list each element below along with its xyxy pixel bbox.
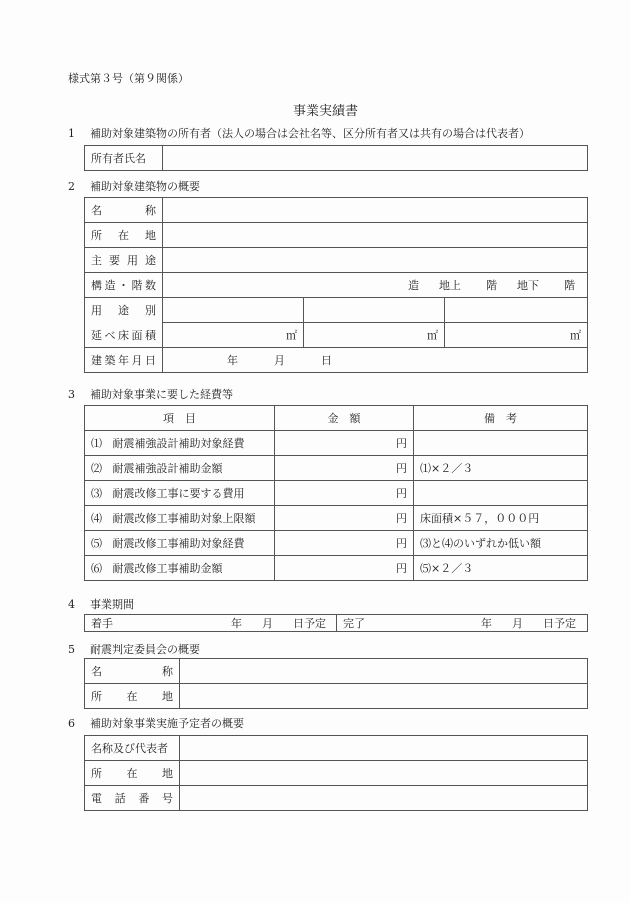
committee-location-field[interactable] bbox=[180, 684, 588, 709]
floor-area-field-2[interactable]: ㎡ bbox=[304, 323, 445, 348]
start-date-field[interactable]: 着手年月日予定 bbox=[85, 615, 337, 632]
remarks-cell: ⑶と⑷のいずれか低い額 bbox=[414, 531, 588, 556]
section6-heading: 6補助対象事業実施予定者の概要 bbox=[68, 715, 244, 731]
remarks-cell: ⑸×２／３ bbox=[414, 556, 588, 581]
form-number: 様式第３号（第９関係） bbox=[68, 70, 189, 86]
name-representative-field[interactable] bbox=[180, 736, 588, 761]
period-table: 着手年月日予定 完了年月日予定 bbox=[84, 614, 588, 632]
use-category-label: 用途別 bbox=[85, 298, 163, 323]
building-location-field[interactable] bbox=[163, 223, 588, 248]
page-title: 事業実績書 bbox=[293, 100, 358, 119]
amount-field[interactable]: 円 bbox=[275, 431, 414, 456]
remarks-cell bbox=[414, 481, 588, 506]
expenses-table: 項 目 金 額 備 考 ⑴ 耐震補強設計補助対象経費 円 ⑵ 耐震補強設計補助金… bbox=[84, 405, 588, 581]
amount-field[interactable]: 円 bbox=[275, 481, 414, 506]
built-date-field[interactable]: 年月日 bbox=[163, 348, 588, 373]
amount-field[interactable]: 円 bbox=[275, 556, 414, 581]
header-item: 項 目 bbox=[85, 406, 275, 431]
expense-row: ⑹ 耐震改修工事補助金額 円 ⑸×２／３ bbox=[85, 556, 588, 581]
name-representative-label: 名称及び代表者 bbox=[85, 736, 180, 761]
header-remarks: 備 考 bbox=[414, 406, 588, 431]
implementer-location-field[interactable] bbox=[180, 761, 588, 786]
use-category-field-1[interactable] bbox=[163, 298, 304, 323]
structure-floors-label: 構造・階数 bbox=[85, 273, 163, 298]
expense-row: ⑶ 耐震改修工事に要する費用 円 bbox=[85, 481, 588, 506]
amount-field[interactable]: 円 bbox=[275, 506, 414, 531]
owner-name-field[interactable] bbox=[163, 146, 588, 171]
remarks-cell: ⑴×２／３ bbox=[414, 456, 588, 481]
floor-area-field-3[interactable]: ㎡ bbox=[445, 323, 588, 348]
amount-field[interactable]: 円 bbox=[275, 531, 414, 556]
expense-row: ⑷ 耐震改修工事補助対象上限額 円 床面積×５７，０００円 bbox=[85, 506, 588, 531]
expense-row: ⑴ 耐震補強設計補助対象経費 円 bbox=[85, 431, 588, 456]
committee-location-label: 所在地 bbox=[85, 684, 180, 709]
phone-number-field[interactable] bbox=[180, 786, 588, 811]
structure-floors-field[interactable]: 造地上階地下階 bbox=[163, 273, 588, 298]
section5-heading: 5耐震判定委員会の概要 bbox=[68, 641, 200, 657]
end-date-field[interactable]: 完了年月日予定 bbox=[337, 615, 588, 632]
remarks-cell bbox=[414, 431, 588, 456]
committee-table: 名称 所在地 bbox=[84, 658, 588, 709]
floor-area-field-1[interactable]: ㎡ bbox=[163, 323, 304, 348]
building-name-label: 名称 bbox=[85, 198, 163, 223]
use-category-field-3[interactable] bbox=[445, 298, 588, 323]
expense-row: ⑸ 耐震改修工事補助対象経費 円 ⑶と⑷のいずれか低い額 bbox=[85, 531, 588, 556]
section4-heading: 4事業期間 bbox=[68, 596, 134, 612]
built-date-label: 建築年月日 bbox=[85, 348, 163, 373]
main-use-label: 主要用途 bbox=[85, 248, 163, 273]
main-use-field[interactable] bbox=[163, 248, 588, 273]
committee-name-field[interactable] bbox=[180, 659, 588, 684]
committee-name-label: 名称 bbox=[85, 659, 180, 684]
building-table: 名称 所在地 主要用途 構造・階数 造地上階地下階 用途別 延べ床面積 ㎡ ㎡ … bbox=[84, 197, 588, 373]
phone-number-label: 電話番号 bbox=[85, 786, 180, 811]
building-name-field[interactable] bbox=[163, 198, 588, 223]
floor-area-label: 延べ床面積 bbox=[85, 323, 163, 348]
use-category-field-2[interactable] bbox=[304, 298, 445, 323]
amount-field[interactable]: 円 bbox=[275, 456, 414, 481]
building-location-label: 所在地 bbox=[85, 223, 163, 248]
owner-name-label: 所有者氏名 bbox=[85, 146, 163, 171]
expense-row: ⑵ 耐震補強設計補助金額 円 ⑴×２／３ bbox=[85, 456, 588, 481]
owner-table: 所有者氏名 bbox=[84, 145, 588, 171]
implementer-table: 名称及び代表者 所在地 電話番号 bbox=[84, 735, 588, 811]
remarks-cell: 床面積×５７，０００円 bbox=[414, 506, 588, 531]
implementer-location-label: 所在地 bbox=[85, 761, 180, 786]
section1-heading: 1補助対象建築物の所有者（法人の場合は会社名等、区分所有者又は共有の場合は代表者… bbox=[68, 125, 530, 141]
header-amount: 金 額 bbox=[275, 406, 414, 431]
section2-heading: 2補助対象建築物の概要 bbox=[68, 178, 200, 194]
section3-heading: 3補助対象事業に要した経費等 bbox=[68, 386, 233, 402]
